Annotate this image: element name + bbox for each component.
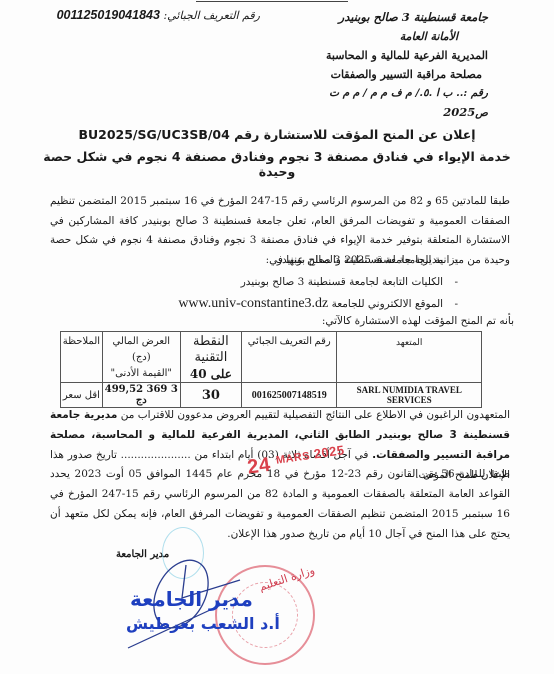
university-name: جامعة قسنطينة 3 صالح بوبنيدر [288,8,488,27]
sub-directorate: المديرية الفرعية للمالية و المحاسبة [288,46,488,65]
header-financial-offer: العرض المالي (دج) "القيمة الأدنى" [102,332,180,383]
header-technical-score: النقطة التقنية على 40 [180,332,241,383]
reference-year: 2025 [443,105,475,119]
cell-institution: SARL NUMIDIA TRAVEL SERVICES [337,383,482,408]
header-financial-offer-note: "القيمة الأدنى" [103,366,180,382]
cell-tax-id: 001625007148519 [241,383,337,408]
document-page: جامعة قسنطينة 3 صالح بوبنيدر الأمانة الع… [0,0,554,674]
publication-place-item: - الموقع الالكتروني للجامعة www.univ-con… [58,293,458,316]
header-institution: المتعهد [337,332,482,383]
announcement-title-text: إعلان عن المنح المؤقت للاستشارة رقم [234,127,475,142]
service-name: مصلحة مراقبة التسيير والصفقات [288,65,488,84]
header-note: الملاحظة [61,332,103,383]
header-technical-score-max: على 40 [181,366,241,382]
table-header-row: المتعهد رقم التعريف الجبائي النقطة التقن… [61,332,482,383]
publication-place-text: الموقع الالكتروني للجامعة [332,298,443,310]
announcement-title: إعلان عن المنح المؤقت للاستشارة رقم BU20… [40,127,514,142]
appeal-paragraph: طبقا للمادة 56 من القانون رقم 23-12 مؤرخ… [50,464,510,544]
invitation-text-start: المتعهدون الراغبون في الاطلاع على النتائ… [121,409,510,421]
publication-places-list: - مديرية جامعة قسنطينة 3 صالح بوبنيدر - … [58,250,458,316]
provisional-award-table: المتعهد رقم التعريف الجبائي النقطة التقن… [60,331,482,408]
publication-place-text: الكليات التابعة لجامعة قسنطينة 3 صالح بو… [241,276,443,288]
award-lead-in: بأنه تم المنح المؤقت لهذه الاستشارة كالآ… [322,315,514,327]
header-financial-offer-label: العرض المالي (دج) [103,334,180,366]
header-technical-score-label: النقطة التقنية [181,334,241,366]
signature-stamp-name: أ.د الشعب بعرطيش [126,614,280,633]
date-stamp-year: 2025 [313,442,346,461]
cell-financial-offer: 3 369 499,52 دج [102,383,180,408]
tax-id-label: رقم التعريف الجبائي: [163,9,260,22]
announcement-subtitle: خدمة الإيواء في فنادق مصنفة 3 نجوم وفناد… [40,149,514,179]
bullet-dash: - [454,298,458,310]
reference-number: رقم :.. ب ا .٥./ م ف م م / م م ت ص2025 [288,84,488,123]
top-divider [196,0,348,2]
cell-note: اقل سعر [61,383,103,408]
tax-id-header: رقم التعريف الجبائي: 001125019041843 [60,8,260,22]
faint-blue-stamp-icon [162,527,204,579]
tax-id-value: 001125019041843 [57,8,160,22]
general-secretariat: الأمانة العامة [288,27,488,46]
consultation-code: BU2025/SG/UC3SB/04 [78,127,229,142]
institution-header: جامعة قسنطينة 3 صالح بوبنيدر الأمانة الع… [288,8,488,123]
table-row: SARL NUMIDIA TRAVEL SERVICES 00162500714… [61,383,482,408]
university-website-link[interactable]: www.univ-constantine3.dz [178,296,328,311]
bullet-dash: - [454,254,458,266]
publication-place-text: مديرية جامعة قسنطينة 3 صالح بوبنيدر [277,254,443,266]
header-tax-id: رقم التعريف الجبائي [241,332,337,383]
bullet-dash: - [454,276,458,288]
publication-place-item: - مديرية جامعة قسنطينة 3 صالح بوبنيدر [58,250,458,272]
signature-stamp-title: مدير الجامعة [130,587,253,611]
cell-technical-score: 30 [180,383,241,408]
publication-place-item: - الكليات التابعة لجامعة قسنطينة 3 صالح … [58,272,458,294]
